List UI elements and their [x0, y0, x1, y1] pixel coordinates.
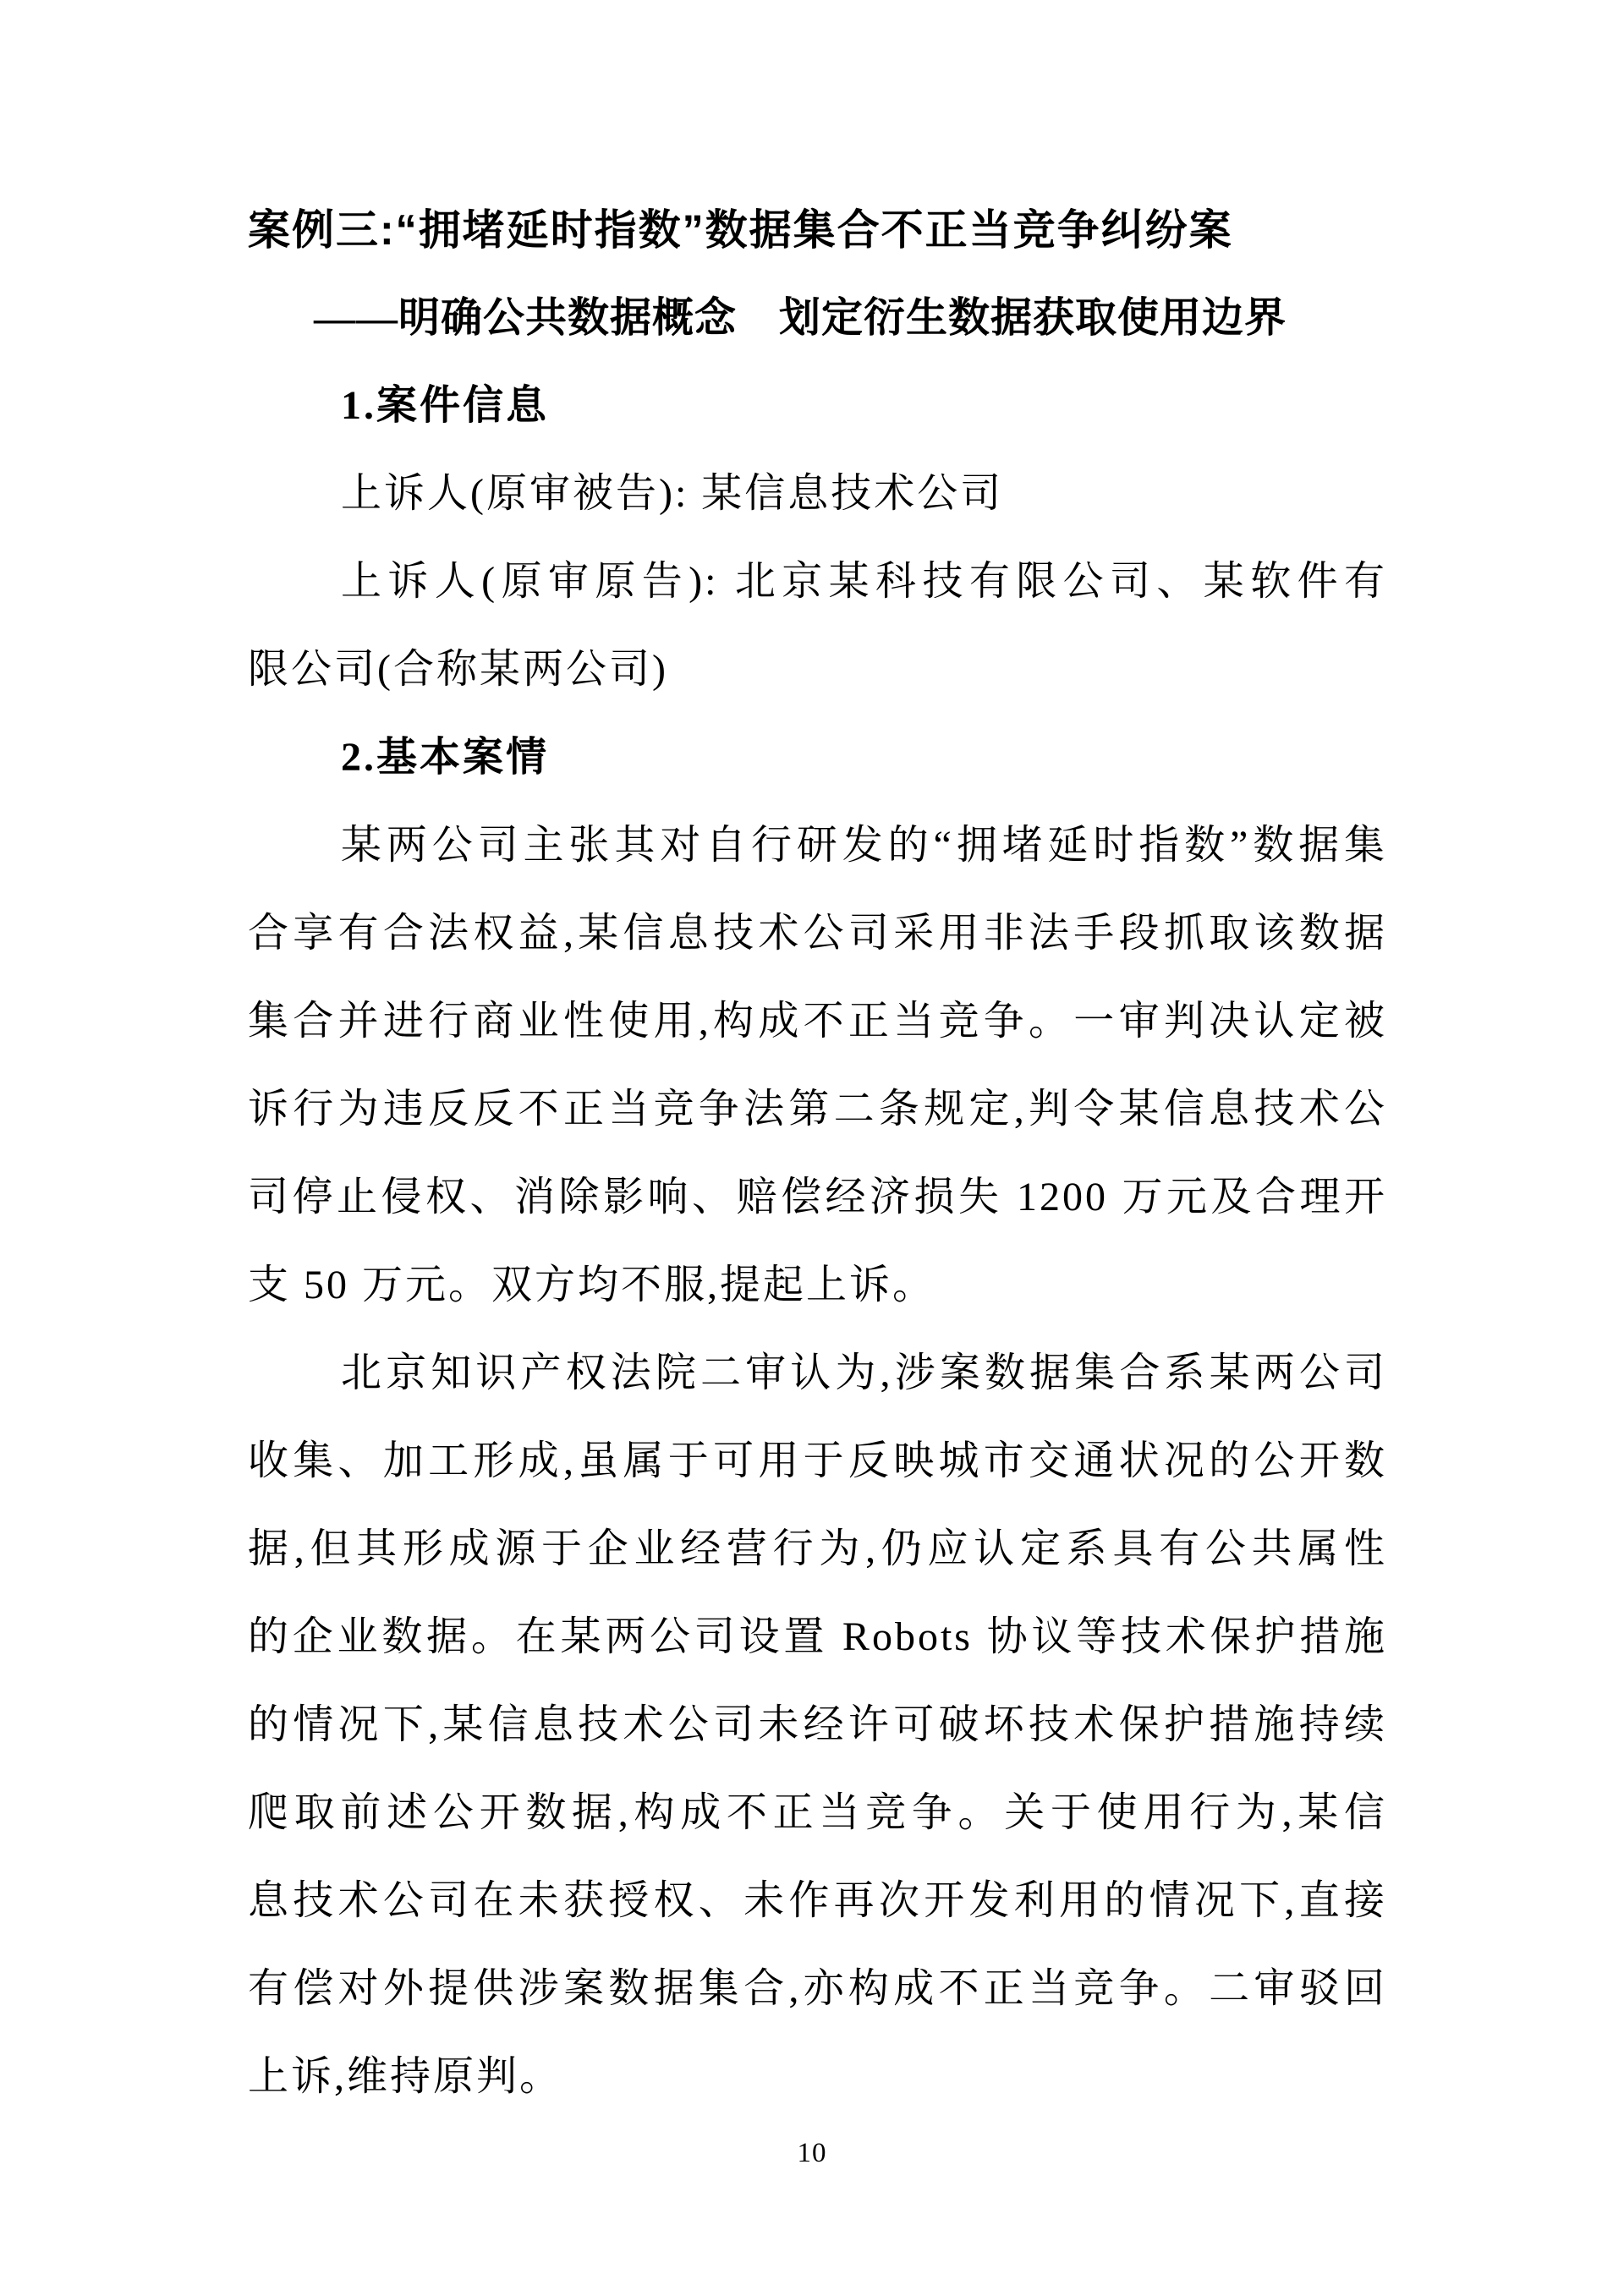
body-line: 收集、加工形成,虽属于可用于反映城市交通状况的公开数: [248, 1417, 1387, 1505]
body-line: 的情况下,某信息技术公司未经许可破坏技术保护措施持续: [248, 1681, 1387, 1769]
page-number: 10: [0, 2136, 1624, 2170]
body-line: 合享有合法权益,某信息技术公司采用非法手段抓取该数据: [248, 890, 1387, 978]
body-line: 息技术公司在未获授权、未作再次开发利用的情况下,直接: [248, 1857, 1387, 1945]
case-info-line-appellant-defendant: 上诉人(原审被告): 某信息技术公司: [248, 450, 1387, 538]
body-line: 据,但其形成源于企业经营行为,仍应认定系具有公共属性: [248, 1505, 1387, 1593]
document-body: 案例三:“拥堵延时指数”数据集合不正当竞争纠纷案 ——明确公共数据概念 划定衍生…: [248, 186, 1387, 2121]
case-info-line-continuation: 限公司(合称某两公司): [248, 626, 1387, 714]
body-line: 诉行为违反反不正当竞争法第二条规定,判令某信息技术公: [248, 1066, 1387, 1153]
body-line: 爬取前述公开数据,构成不正当竞争。关于使用行为,某信: [248, 1769, 1387, 1857]
case-subtitle: ——明确公共数据概念 划定衍生数据获取使用边界: [248, 274, 1387, 362]
section-1-heading: 1.案件信息: [248, 362, 1387, 450]
body-line: 某两公司主张其对自行研发的“拥堵延时指数”数据集: [248, 802, 1387, 890]
body-line: 有偿对外提供涉案数据集合,亦构成不正当竞争。二审驳回: [248, 1945, 1387, 2033]
body-line: 司停止侵权、消除影响、赔偿经济损失 1200 万元及合理开: [248, 1153, 1387, 1241]
body-line: 支 50 万元。双方均不服,提起上诉。: [248, 1241, 1387, 1329]
body-line: 的企业数据。在某两公司设置 Robots 协议等技术保护措施: [248, 1593, 1387, 1681]
section-2-heading: 2.基本案情: [248, 714, 1387, 802]
document-page: 案例三:“拥堵延时指数”数据集合不正当竞争纠纷案 ——明确公共数据概念 划定衍生…: [0, 0, 1624, 2296]
case-title: 案例三:“拥堵延时指数”数据集合不正当竞争纠纷案: [248, 186, 1387, 274]
case-info-line-appellant-plaintiff: 上诉人(原审原告): 北京某科技有限公司、某软件有: [248, 538, 1387, 626]
body-line: 北京知识产权法院二审认为,涉案数据集合系某两公司: [248, 1329, 1387, 1417]
body-line: 集合并进行商业性使用,构成不正当竞争。一审判决认定被: [248, 978, 1387, 1066]
body-line: 上诉,维持原判。: [248, 2033, 1387, 2121]
